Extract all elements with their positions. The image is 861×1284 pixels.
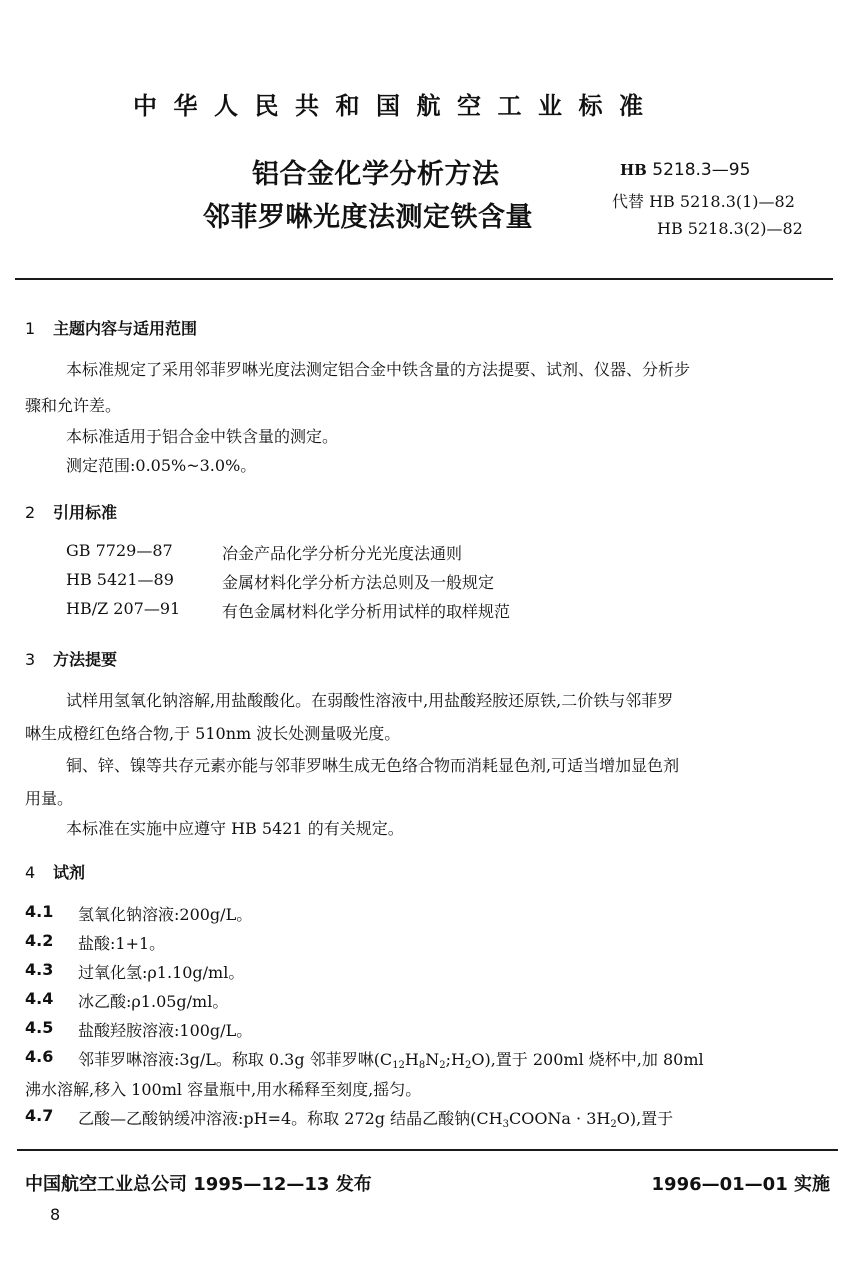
paragraph: 本标准在实施中应遵守 HB 5421 的有关规定。 bbox=[66, 816, 404, 839]
text-run: ;H bbox=[446, 1050, 465, 1069]
section-2-heading: 2引用标准 bbox=[25, 500, 117, 523]
effective-date: 1996—01—01 实施 bbox=[652, 1170, 830, 1196]
text-run: O),置于 bbox=[617, 1109, 673, 1128]
section-number: 1 bbox=[25, 319, 53, 338]
item-number: 4.1 bbox=[25, 902, 53, 921]
page-number: 8 bbox=[50, 1205, 60, 1224]
section-4-heading: 4试剂 bbox=[25, 860, 85, 883]
item-text: 冰乙酸:ρ1.05g/ml。 bbox=[78, 989, 228, 1012]
section-number: 3 bbox=[25, 650, 53, 669]
section-1-heading: 1主题内容与适用范围 bbox=[25, 316, 197, 339]
item-text: 邻菲罗啉溶液:3g/L。称取 0.3g 邻菲罗啉(C12H8N2;H2O),置于… bbox=[78, 1047, 704, 1071]
item-text: 氢氧化钠溶液:200g/L。 bbox=[78, 902, 252, 925]
item-number: 4.2 bbox=[25, 931, 53, 950]
reference-title: 冶金产品化学分析分光光度法通则 bbox=[222, 541, 462, 564]
item-number: 4.3 bbox=[25, 960, 53, 979]
document-title-line1: 铝合金化学分析方法 bbox=[252, 152, 500, 191]
document-title-line2: 邻菲罗啉光度法测定铁含量 bbox=[203, 195, 533, 234]
item-number: 4.4 bbox=[25, 989, 53, 1008]
national-standard-heading: 中华人民共和国航空工业标准 bbox=[133, 86, 660, 121]
text-run: H bbox=[405, 1050, 419, 1069]
reference-title: 有色金属材料化学分析用试样的取样规范 bbox=[222, 599, 510, 622]
section-3-heading: 3方法提要 bbox=[25, 647, 117, 670]
section-title: 引用标准 bbox=[53, 503, 117, 522]
section-title: 试剂 bbox=[53, 863, 85, 882]
subscript: 12 bbox=[392, 1060, 405, 1071]
item-text: 盐酸:1+1。 bbox=[78, 931, 165, 954]
paragraph: 啉生成橙红色络合物,于 510nm 波长处测量吸光度。 bbox=[25, 721, 400, 744]
text-run: 乙酸—乙酸钠缓冲溶液:pH=4。称取 272g 结晶乙酸钠(CH bbox=[78, 1109, 503, 1128]
standard-code-prefix: HB bbox=[620, 161, 647, 179]
paragraph: 本标准规定了采用邻菲罗啉光度法测定铝合金中铁含量的方法提要、试剂、仪器、分析步 bbox=[66, 357, 690, 380]
replaces-line1: 代替 HB 5218.3(1)—82 bbox=[612, 189, 795, 212]
text-run: N bbox=[425, 1050, 439, 1069]
paragraph: 用量。 bbox=[25, 786, 73, 809]
header-divider bbox=[15, 278, 833, 280]
paragraph: 本标准适用于铝合金中铁含量的测定。 bbox=[66, 424, 338, 447]
item-text: 乙酸—乙酸钠缓冲溶液:pH=4。称取 272g 结晶乙酸钠(CH3COONa ·… bbox=[78, 1106, 673, 1130]
item-number: 4.7 bbox=[25, 1106, 53, 1125]
section-title: 方法提要 bbox=[53, 650, 117, 669]
item-text: 过氧化氢:ρ1.10g/ml。 bbox=[78, 960, 244, 983]
reference-code: HB/Z 207—91 bbox=[66, 599, 180, 618]
section-number: 4 bbox=[25, 863, 53, 882]
item-number: 4.5 bbox=[25, 1018, 53, 1037]
item-number: 4.6 bbox=[25, 1047, 53, 1066]
standard-code-number: 5218.3—95 bbox=[652, 160, 750, 180]
paragraph: 测定范围:0.05%~3.0%。 bbox=[66, 453, 256, 476]
text-run: O),置于 200ml 烧杯中,加 80ml bbox=[471, 1050, 703, 1069]
paragraph: 铜、锌、镍等共存元素亦能与邻菲罗啉生成无色络合物而消耗显色剂,可适当增加显色剂 bbox=[66, 753, 679, 776]
paragraph: 骤和允许差。 bbox=[25, 393, 121, 416]
reference-code: GB 7729—87 bbox=[66, 541, 173, 560]
item-text: 盐酸羟胺溶液:100g/L。 bbox=[78, 1018, 252, 1041]
reference-title: 金属材料化学分析方法总则及一般规定 bbox=[222, 570, 494, 593]
issue-statement: 中国航空工业总公司 1995—12—13 发布 bbox=[25, 1170, 372, 1196]
reference-code: HB 5421—89 bbox=[66, 570, 174, 589]
text-run: COONa · 3H bbox=[509, 1109, 610, 1128]
text-run: 邻菲罗啉溶液:3g/L。称取 0.3g 邻菲罗啉(C bbox=[78, 1050, 392, 1069]
section-number: 2 bbox=[25, 503, 53, 522]
standard-code: HB 5218.3—95 bbox=[620, 160, 750, 180]
section-title: 主题内容与适用范围 bbox=[53, 319, 197, 338]
footer-divider bbox=[17, 1149, 838, 1151]
item-text-continued: 沸水溶解,移入 100ml 容量瓶中,用水稀释至刻度,摇匀。 bbox=[25, 1077, 421, 1100]
replaces-line2: HB 5218.3(2)—82 bbox=[657, 219, 803, 238]
paragraph: 试样用氢氧化钠溶解,用盐酸酸化。在弱酸性溶液中,用盐酸羟胺还原铁,二价铁与邻菲罗 bbox=[66, 688, 673, 711]
